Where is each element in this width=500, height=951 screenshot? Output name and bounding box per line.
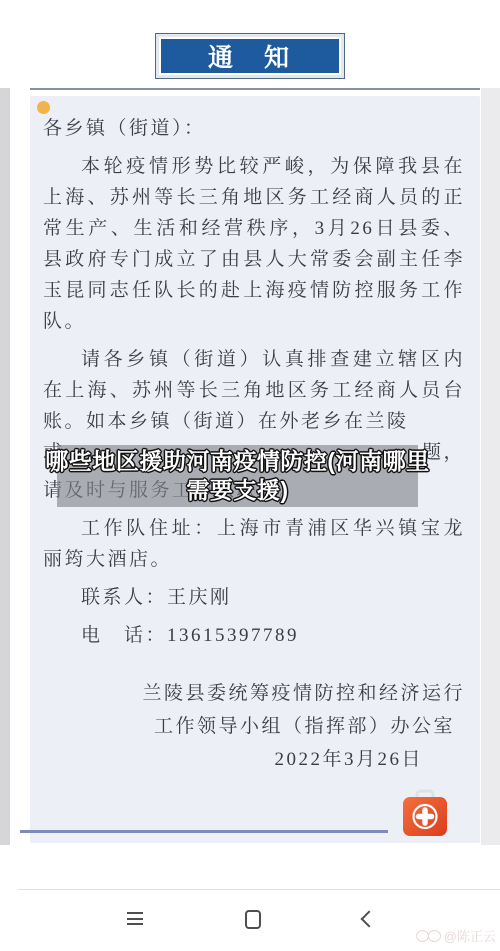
home-square-icon <box>245 910 261 929</box>
blue-underline <box>20 830 388 833</box>
left-edge-strip <box>0 88 10 845</box>
nav-bar-divider <box>18 889 500 890</box>
phone-line: 电 话：13615397789 <box>43 620 465 651</box>
contact-line: 联系人：王庆刚 <box>43 582 465 613</box>
signature-date: 2022年3月26日 <box>43 743 465 776</box>
signature-block: 兰陵县委统筹疫情防控和经济运行 工作领导小组（指挥部）办公室 2022年3月26… <box>43 677 465 776</box>
right-edge-strip <box>481 88 500 845</box>
caption-line-2: 需要支援) <box>186 476 288 505</box>
notice-banner: 通 知 <box>155 33 345 79</box>
top-divider <box>30 88 480 90</box>
caption-overlay: 哪些地区援助河南疫情防控(河南哪里 需要支援) <box>57 445 418 507</box>
hamburger-menu-icon <box>127 912 143 925</box>
address-line: 工作队住址：上海市青浦区华兴镇宝龙丽筠大酒店。 <box>43 513 465 575</box>
notice-banner-inner: 通 知 <box>159 37 341 75</box>
first-aid-kit-svg <box>402 789 448 839</box>
home-button[interactable] <box>239 904 267 935</box>
paragraph-2: 请各乡镇（街道）认真排查建立辖区内在上海、苏州等长三角地区务工经商人员台账。如本… <box>43 344 465 437</box>
watermark: @陈正云 <box>416 926 496 945</box>
back-button[interactable] <box>357 907 381 931</box>
caption-line-1: 哪些地区援助河南疫情防控(河南哪里 <box>45 447 429 476</box>
signature-org-line-1: 兰陵县委统筹疫情防控和经济运行 <box>43 677 465 710</box>
chevron-left-icon <box>361 911 378 928</box>
salutation: 各乡镇（街道）： <box>43 113 465 144</box>
watermark-face-icon <box>416 930 429 942</box>
paragraph-1: 本轮疫情形势比较严峻，为保障我县在上海、苏州等长三角地区务工经商人员的正常生产、… <box>43 151 465 337</box>
first-aid-kit-icon <box>402 789 448 839</box>
watermark-face-icon <box>428 930 441 942</box>
watermark-text: @陈正云 <box>444 926 496 945</box>
signature-org-line-2: 工作领导小组（指挥部）办公室 <box>43 710 465 743</box>
recents-button[interactable] <box>121 906 149 931</box>
notice-banner-title: 通 知 <box>208 38 292 74</box>
